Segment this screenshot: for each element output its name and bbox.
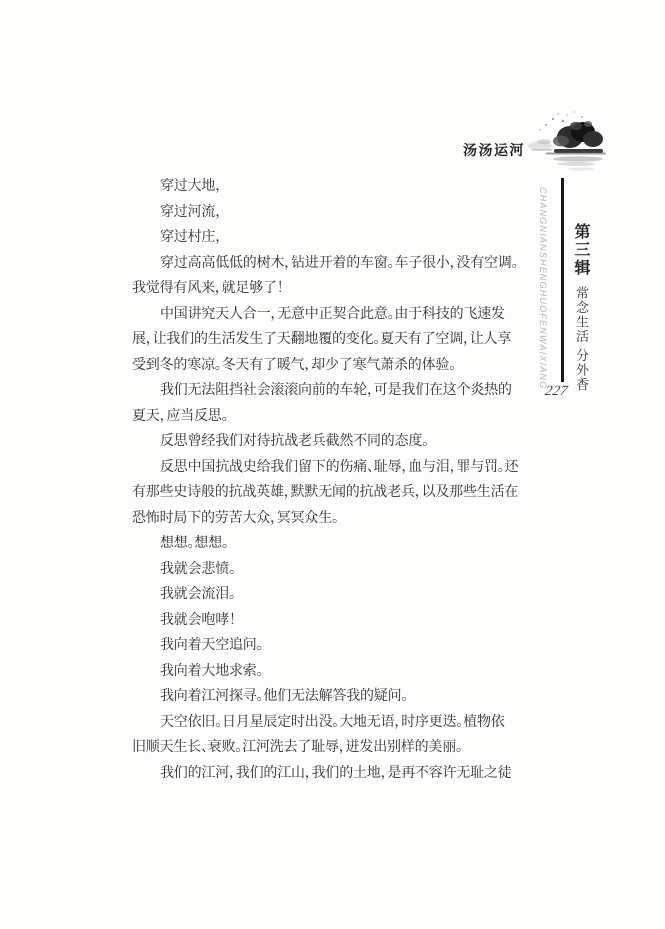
text-line: 我就会咆哮！: [132, 608, 534, 634]
text-line: 反思曾经我们对待抗战老兵截然不同的态度。: [132, 429, 534, 455]
text-line: 穿过高高低低的树木，钻进开着的车窗。车子很小，没有空调。: [132, 251, 534, 277]
text-line: 有那些史诗般的抗战英雄，默默无闻的抗战老兵，以及那些生活在: [132, 480, 534, 506]
text-line: 我觉得有风来，就足够了！: [132, 276, 534, 302]
text-line: 穿过村庄，: [132, 225, 534, 251]
book-page: 汤汤运河 CHANGNIANSHENGHUOFENWAIXIANG 第三辑 常念…: [0, 0, 665, 929]
running-head-title: 汤汤运河: [463, 140, 525, 160]
text-line: 穿过大地，: [132, 174, 534, 200]
text-line: 反思中国抗战史给我们留下的伤痛、耻辱，血与泪，罪与罚。还: [132, 455, 534, 481]
text-line: 我们的江河，我们的江山，我们的土地，是再不容许无耻之徒: [132, 761, 534, 787]
text-line: 我们无法阻挡社会滚滚向前的车轮，可是我们在这个炎热的: [132, 378, 534, 404]
text-line: 我向着江河探寻。他们无法解答我的疑问。: [132, 684, 534, 710]
sidebar-vertical-rule: [561, 178, 564, 382]
text-line: 中国讲究天人合一，无意中正契合此意。由于科技的飞速发: [132, 302, 534, 328]
text-line: 天空依旧。日月星辰定时出没。大地无语，时序更迭。植物依: [132, 710, 534, 736]
text-line: 展，让我们的生活发生了天翻地覆的变化。夏天有了空调，让人享: [132, 327, 534, 353]
sidebar-section-title: 第三辑: [569, 223, 592, 277]
ink-painting: [526, 106, 610, 176]
page-number: 227: [544, 384, 569, 400]
text-line: 恐怖时局下的劳苦大众，冥冥众生。: [132, 506, 534, 532]
text-line: 夏天，应当反思。: [132, 404, 534, 430]
body-text: 穿过大地，穿过河流，穿过村庄，穿过高高低低的树木，钻进开着的车窗。车子很小，没有…: [132, 174, 534, 786]
text-line: 想想。想想。: [132, 531, 534, 557]
text-line: 我向着天空追问。: [132, 633, 534, 659]
sidebar-pinyin-caption: CHANGNIANSHENGHUOFENWAIXIANG: [538, 187, 548, 387]
text-line: 受到冬的寒凉。冬天有了暖气，却少了寒气萧杀的体验。: [132, 353, 534, 379]
text-line: 我就会流泪。: [132, 582, 534, 608]
text-line: 旧顺天生长、衰败。江河洗去了耻辱，迸发出别样的美丽。: [132, 735, 534, 761]
text-line: 我向着大地求索。: [132, 659, 534, 685]
text-line: 我就会悲愤。: [132, 557, 534, 583]
text-line: 穿过河流，: [132, 200, 534, 226]
sidebar-section-subtitle: 常念生活 分外香: [572, 286, 591, 392]
